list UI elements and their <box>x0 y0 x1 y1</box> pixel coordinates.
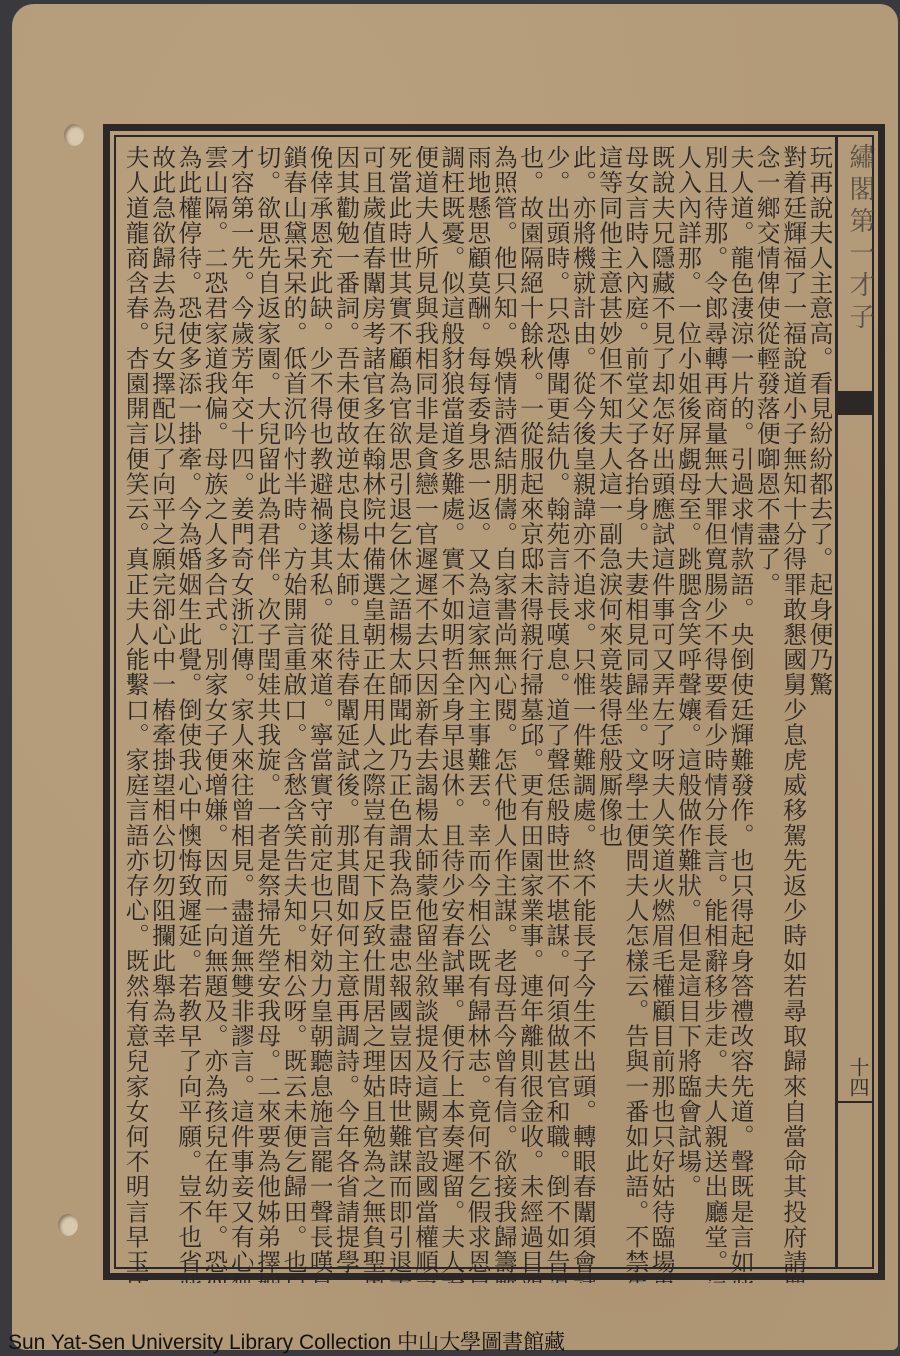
center-margin-column: 繡閣第一才子 十四 <box>835 137 872 1267</box>
text-column: 因其勸勉一番詞。吾未便故逆忠良楊太師。且待春闈延試後。那其間如何主意再調詩。今年… <box>332 139 358 1283</box>
book-title: 繡閣第一才子 <box>842 143 879 335</box>
text-column: 別且待那。令郎尋轉再商量無大罪但寬腸少不得要看少時情分長言。能相辭移步走。夫人親… <box>701 139 727 1283</box>
collection-credit: Sun Yat-Sen University Library Collectio… <box>8 1326 565 1356</box>
text-column: 鎖春山黛呆呆的。低首沉吟忖半時。方始開言重啟口。含愁含笑告夫知。相公呀。既云未便… <box>280 139 306 1283</box>
text-column: 母女言時入內庭。前堂父子各抬身。夫妻相見同歸坐。文學士便問夫人怎樣云。告與一番如… <box>622 139 648 1283</box>
binding-hole <box>64 124 84 146</box>
text-column: 也。故園隔絕十餘秋。一從服起來京邸未得親行掃墓邱。更有田園家業事。連年離則很金收… <box>516 139 542 1283</box>
text-column: 少。出頭時。只恐傳聞更結仇。翰苑言詩長嘆息。道了聲恁般時世不堪謀。何須做甚官和職… <box>543 139 569 1283</box>
text-column: 調枉既憂。似這般豺狼當道多難處。實不如明哲全身早退休。且待少安春試畢。便行上本奏… <box>438 139 464 1283</box>
text-column: 雲山隔。二恐君家道我偏。母族之人多合式。別家女子便增嫌。因而一向無題及。亦為孩兒… <box>201 139 227 1283</box>
text-column: 俛倖承恩充此缺。少不得也教避禍遂其私。從來道。寧當實守前定也只好効力皇朝聽息施言… <box>306 139 332 1283</box>
text-column: 為照管。他只知。娛情詩酒結朋儔。自家書尚無心閱。怎代他人作主謀。老母吾今曾有信。… <box>490 139 516 1283</box>
text-column: 玩再說夫人主意高。看見紛紛都去了。起身便乃驚 <box>806 139 832 1283</box>
text-column: 才容第一先。今歲芳年交十四。姜門奇女浙江傳。家人來往曾相見。盡道無雙非謬言。這件… <box>227 139 253 1283</box>
text-column: 這等同他主意甚妙但不知夫人這一副急淚何來竟裝得恁般厮像也 <box>595 139 621 1283</box>
printed-frame: 玩再說夫人主意高。看見紛紛都去了。起身便乃驚 對着廷輝福了一福說道小子無知十分得… <box>103 124 885 1280</box>
text-column: 夫人道。龍色淒涼一片的。引過求情款語。央倒使廷輝難發作。也只得起身答禮改容先道。… <box>727 139 753 1283</box>
text-column: 既說夫兄隱藏不見了却怎好出頭應試這件事可又弄左了呀夫人笑道火燃眉毛權顧目前那也只… <box>648 139 674 1283</box>
book-page: 玩再說夫人主意高。看見紛紛都去了。起身便乃驚 對着廷輝福了一福說道小子無知十分得… <box>12 4 898 1350</box>
text-column: 切。欲思先自返家園。大兒留此為君伴。次子閏娃共我旋。一者是祭掃先塋安我母。二來要… <box>253 139 279 1283</box>
text-column: 人入內詳那。一位小姐後屏覷母至。跳腮含笑呼聲孃。這般做作難狀。但是這目下將臨會試… <box>674 139 700 1283</box>
margin-divider <box>838 1101 872 1103</box>
text-column: 雨地懸思顧莫酬。每每委身思一返。又為這家無內主事難丟。幸而今相公既有歸林志。竟何… <box>464 139 490 1283</box>
fish-tail-mark <box>838 391 872 415</box>
binding-hole <box>58 1214 78 1236</box>
page-number: 十四 <box>844 1057 873 1097</box>
text-column: 故此急欲歸去為兒女擇配以了向平之願完卻心中一樁牽掛望相公切勿阻攔此舉為幸 <box>148 139 174 1283</box>
text-column: 死當此時世其實不顧為官欲思引退乞休之語楊太師聞此乃正色謂我為臣盡忠報國豈因時世難… <box>385 139 411 1283</box>
text-column: 可且歲值春闈房考諸官多在翰林院中備選皇朝正在用人之際豈有足下反致仕閒居之理姑且勉… <box>359 139 385 1283</box>
text-columns: 玩再說夫人主意高。看見紛紛都去了。起身便乃驚 對着廷輝福了一福說道小子無知十分得… <box>122 139 832 1263</box>
text-column: 為此權停待。恐使多添一掛牽。今為婚姻生此覺。倒使我心中懊悔致遲延。若教早了向平願… <box>175 139 201 1283</box>
inner-border: 玩再說夫人主意高。看見紛紛都去了。起身便乃驚 對着廷輝福了一福說道小子無知十分得… <box>114 135 874 1269</box>
text-column: 對着廷輝福了一福說道小子無知十分得罪敢懇國舅少息虎威移駕先返少時如若尋取歸來自當… <box>779 139 805 1283</box>
text-column: 夫人道龍商含春。杏園開言便笑云。真正夫人能繫口。家庭言語亦存心。既然有意兒家女何… <box>122 139 148 1283</box>
text-column: 念一鄉交情俾使從輕發落便啣恩不盡了。 <box>753 139 779 1283</box>
text-column: 此。亦將機就計由。從今後皇親諱亦不追求。只惟一件難調處。終不能長子今生不出頭。轉… <box>569 139 595 1283</box>
text-column: 便道夫人所見與我相同非是貪戀一官遲遲不去只因新春去謁楊太師蒙他留坐敘談提及這闕官… <box>411 139 437 1283</box>
